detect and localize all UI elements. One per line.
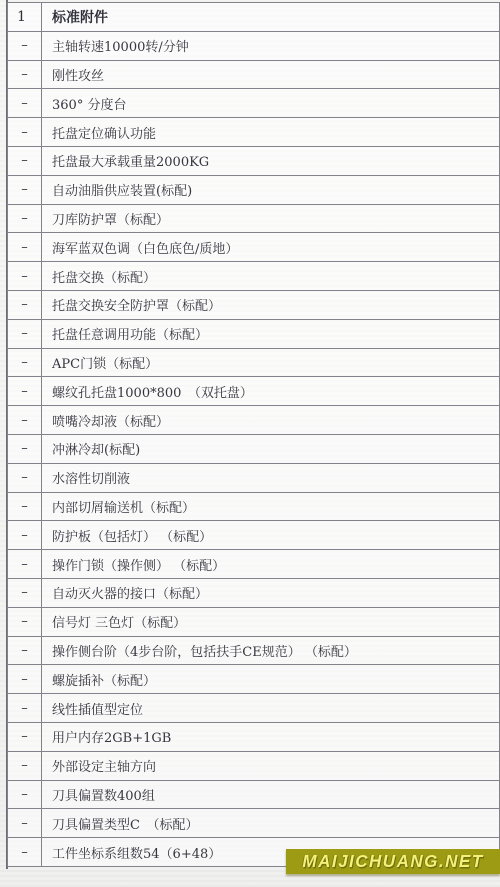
row-marker: – — [8, 348, 42, 377]
table-row: – 刀具偏置数400组 — [8, 780, 500, 809]
row-marker: – — [8, 406, 42, 435]
row-item-text: 操作侧台阶（4步台阶，包括扶手CE规范） （标配） — [42, 636, 500, 665]
row-item-text: 线性插值型定位 — [42, 694, 500, 723]
row-marker: – — [8, 60, 42, 89]
row-item-text: 用户内存2GB+1GB — [42, 722, 500, 751]
table-row: – 螺纹孔托盘1000*800 （双托盘） — [8, 377, 500, 406]
row-item-text: 刚性攻丝 — [42, 60, 500, 89]
row-marker: – — [8, 204, 42, 233]
spec-table: 1 标准附件 – 主轴转速10000转/分钟 – 刚性攻丝 – 360° 分度台… — [7, 2, 500, 867]
table-row: – APC门锁（标配） — [8, 348, 500, 377]
row-item-text: 喷嘴冷却液（标配） — [42, 406, 500, 435]
row-item-text: 360° 分度台 — [42, 89, 500, 118]
row-item-text: 操作门锁（操作侧） （标配） — [42, 550, 500, 579]
table-row: – 内部切屑输送机（标配） — [8, 492, 500, 521]
row-marker: – — [8, 89, 42, 118]
table-row: – 自动灭火器的接口（标配） — [8, 578, 500, 607]
row-marker: – — [8, 838, 42, 867]
row-item-text: 海军蓝双色调（白色底色/质地） — [42, 233, 500, 262]
row-item-text: 自动灭火器的接口（标配） — [42, 578, 500, 607]
row-marker: – — [8, 146, 42, 175]
row-item-text: 托盘定位确认功能 — [42, 118, 500, 147]
row-marker: – — [8, 463, 42, 492]
table-row: – 海军蓝双色调（白色底色/质地） — [8, 233, 500, 262]
row-marker: – — [8, 722, 42, 751]
row-item-text: 托盘交换（标配） — [42, 262, 500, 291]
table-row: – 托盘定位确认功能 — [8, 118, 500, 147]
row-item-text: 刀具偏置数400组 — [42, 780, 500, 809]
table-row: – 操作侧台阶（4步台阶，包括扶手CE规范） （标配） — [8, 636, 500, 665]
row-marker: – — [8, 751, 42, 780]
table-header-row: 1 标准附件 — [8, 3, 500, 32]
row-item-text: 螺旋插补（标配） — [42, 665, 500, 694]
row-item-text: 托盘任意调用功能（标配） — [42, 319, 500, 348]
row-marker: – — [8, 521, 42, 550]
header-title-cell: 标准附件 — [42, 3, 500, 32]
row-item-text: 主轴转速10000转/分钟 — [42, 31, 500, 60]
row-item-text: APC门锁（标配） — [42, 348, 500, 377]
row-marker: – — [8, 809, 42, 838]
table-row: – 操作门锁（操作侧） （标配） — [8, 550, 500, 579]
watermark-banner: MAIJICHUANG.NET — [286, 849, 500, 874]
row-item-text: 防护板（包括灯） （标配） — [42, 521, 500, 550]
row-marker: – — [8, 290, 42, 319]
table-row: – 刀具偏置类型C （标配） — [8, 809, 500, 838]
row-item-text: 刀库防护罩（标配） — [42, 204, 500, 233]
row-marker: – — [8, 434, 42, 463]
row-item-text: 刀具偏置类型C （标配） — [42, 809, 500, 838]
row-item-text: 内部切屑输送机（标配） — [42, 492, 500, 521]
table-row: – 冲淋冷却(标配) — [8, 434, 500, 463]
table-row: – 防护板（包括灯） （标配） — [8, 521, 500, 550]
watermark-text: MAIJICHUANG.NET — [302, 851, 483, 872]
header-number-cell: 1 — [8, 3, 42, 32]
row-marker: – — [8, 780, 42, 809]
table-row: – 托盘交换（标配） — [8, 262, 500, 291]
row-marker: – — [8, 377, 42, 406]
row-marker: – — [8, 636, 42, 665]
row-item-text: 水溶性切削液 — [42, 463, 500, 492]
row-item-text: 托盘最大承载重量2000KG — [42, 146, 500, 175]
table-row: – 托盘任意调用功能（标配） — [8, 319, 500, 348]
row-marker: – — [8, 262, 42, 291]
row-marker: – — [8, 607, 42, 636]
table-row: – 托盘交换安全防护罩（标配） — [8, 290, 500, 319]
row-item-text: 冲淋冷却(标配) — [42, 434, 500, 463]
row-marker: – — [8, 118, 42, 147]
table-row: – 外部设定主轴方向 — [8, 751, 500, 780]
row-marker: – — [8, 175, 42, 204]
table-row: – 自动油脂供应装置(标配) — [8, 175, 500, 204]
row-marker: – — [8, 578, 42, 607]
row-item-text: 信号灯 三色灯（标配） — [42, 607, 500, 636]
row-marker: – — [8, 233, 42, 262]
table-row: – 刚性攻丝 — [8, 60, 500, 89]
table-row: – 刀库防护罩（标配） — [8, 204, 500, 233]
table-row: – 用户内存2GB+1GB — [8, 722, 500, 751]
row-item-text: 螺纹孔托盘1000*800 （双托盘） — [42, 377, 500, 406]
table-row: – 信号灯 三色灯（标配） — [8, 607, 500, 636]
row-marker: – — [8, 319, 42, 348]
row-marker: – — [8, 492, 42, 521]
spec-table-body: 1 标准附件 – 主轴转速10000转/分钟 – 刚性攻丝 – 360° 分度台… — [8, 3, 500, 867]
row-item-text: 托盘交换安全防护罩（标配） — [42, 290, 500, 319]
row-marker: – — [8, 550, 42, 579]
table-row: – 喷嘴冷却液（标配） — [8, 406, 500, 435]
row-marker: – — [8, 694, 42, 723]
scanned-spec-sheet: 1 标准附件 – 主轴转速10000转/分钟 – 刚性攻丝 – 360° 分度台… — [0, 0, 500, 887]
table-row: – 主轴转速10000转/分钟 — [8, 31, 500, 60]
table-row: – 360° 分度台 — [8, 89, 500, 118]
row-marker: – — [8, 665, 42, 694]
row-item-text: 外部设定主轴方向 — [42, 751, 500, 780]
row-item-text: 自动油脂供应装置(标配) — [42, 175, 500, 204]
table-row: – 线性插值型定位 — [8, 694, 500, 723]
table-row: – 水溶性切削液 — [8, 463, 500, 492]
table-row: – 螺旋插补（标配） — [8, 665, 500, 694]
row-marker: – — [8, 31, 42, 60]
table-row: – 托盘最大承载重量2000KG — [8, 146, 500, 175]
